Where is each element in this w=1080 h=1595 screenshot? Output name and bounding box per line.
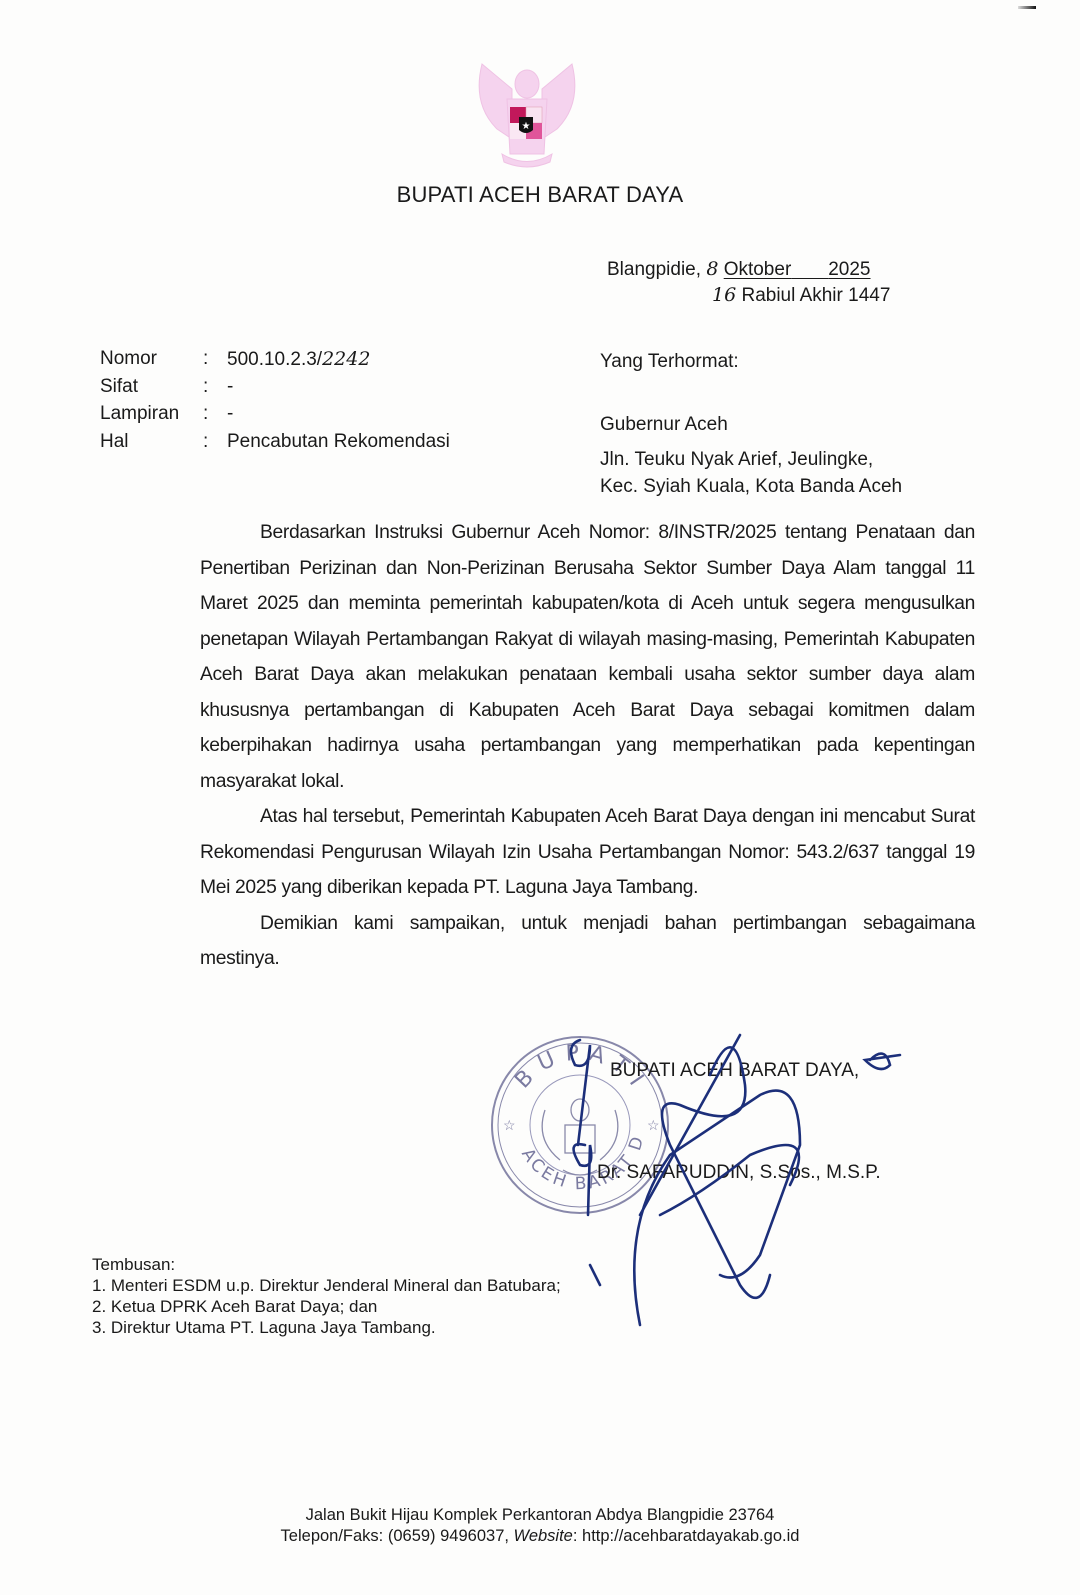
cc-heading: Tembusan: (92, 1254, 561, 1275)
footer-phone: Telepon/Faks: (0659) 9496037, (281, 1527, 509, 1545)
date-month-year: Oktober 2025 (724, 259, 871, 280)
garuda-pancasila-emblem-icon: ★ (462, 44, 592, 174)
meta-row-hal: Hal : Pencabutan Rekomendasi (100, 431, 450, 459)
letter-meta: Nomor : 500.10.2.3/2242 Sifat : - Lampir… (100, 348, 450, 458)
footer-website-url[interactable]: : http://acehbaratdayakab.go.id (573, 1527, 800, 1545)
hijri-date: 16 Rabiul Akhir 1447 (712, 284, 890, 307)
svg-text:★: ★ (522, 121, 531, 132)
meta-label: Sifat (100, 376, 203, 404)
svg-text:☆: ☆ (503, 1119, 516, 1134)
meta-row-lampiran: Lampiran : - (100, 403, 450, 431)
hijri-month-year: Rabiul Akhir 1447 (741, 285, 890, 306)
signatory-position: BUPATI ACEH BARAT DAYA, (610, 1060, 859, 1082)
cc-item: 1. Menteri ESDM u.p. Direktur Jenderal M… (92, 1275, 561, 1296)
nomor-prefix: 500.10.2.3/ (227, 349, 322, 370)
hijri-day: 16 (712, 284, 736, 306)
date-place: Blangpidie, (607, 259, 701, 280)
body-paragraph: Demikian kami sampaikan, untuk menjadi b… (200, 906, 975, 977)
body-paragraph: Berdasarkan Instruksi Gubernur Aceh Nomo… (200, 515, 975, 799)
addressee-address-line2: Kec. Syiah Kuala, Kota Banda Aceh (600, 473, 902, 500)
meta-colon: : (203, 348, 227, 376)
meta-value: 500.10.2.3/2242 (227, 348, 370, 376)
meta-label: Lampiran (100, 403, 203, 431)
addressee-block: Yang Terhormat: Gubernur Aceh Jln. Teuku… (600, 348, 902, 500)
meta-row-nomor: Nomor : 500.10.2.3/2242 (100, 348, 450, 376)
meta-label: Nomor (100, 348, 203, 376)
letter-body: Berdasarkan Instruksi Gubernur Aceh Nomo… (200, 515, 975, 977)
addressee-address-line1: Jln. Teuku Nyak Arief, Jeulingke, (600, 446, 902, 473)
carbon-copy-list: Tembusan: 1. Menteri ESDM u.p. Direktur … (92, 1254, 561, 1338)
footer-contact: Telepon/Faks: (0659) 9496037, Website: h… (0, 1526, 1080, 1547)
signatory-name: Dr. SAFARUDDIN, S.Sos., M.S.P. (597, 1162, 881, 1184)
cc-item: 2. Ketua DPRK Aceh Barat Daya; dan (92, 1296, 561, 1317)
meta-value: Pencabutan Rekomendasi (227, 431, 450, 459)
salutation: Yang Terhormat: (600, 348, 902, 375)
date-day: 8 (706, 258, 718, 280)
meta-colon: : (203, 403, 227, 431)
date-year: 2025 (828, 259, 870, 280)
meta-value: - (227, 403, 233, 431)
meta-row-sifat: Sifat : - (100, 376, 450, 404)
cc-item: 3. Direktur Utama PT. Laguna Jaya Tamban… (92, 1317, 561, 1338)
meta-label: Hal (100, 431, 203, 459)
official-stamp-icon: BUPATI ACEH BARAT DAYA ☆ ☆ (485, 1030, 675, 1220)
nomor-handwritten: 2242 (322, 348, 370, 370)
letterhead-title: BUPATI ACEH BARAT DAYA (0, 182, 1080, 208)
scan-artifact (1018, 6, 1036, 9)
meta-colon: : (203, 431, 227, 459)
body-paragraph: Atas hal tersebut, Pemerintah Kabupaten … (200, 799, 975, 906)
svg-text:☆: ☆ (647, 1119, 660, 1134)
footer-address: Jalan Bukit Hijau Komplek Perkantoran Ab… (0, 1505, 1080, 1526)
addressee-name: Gubernur Aceh (600, 411, 902, 438)
meta-colon: : (203, 376, 227, 404)
date-month: Oktober (724, 259, 792, 280)
letter-footer: Jalan Bukit Hijau Komplek Perkantoran Ab… (0, 1505, 1080, 1547)
meta-value: - (227, 376, 233, 404)
letter-date: Blangpidie, 8 Oktober 2025 (607, 258, 871, 281)
footer-website-label: Website (514, 1527, 573, 1545)
